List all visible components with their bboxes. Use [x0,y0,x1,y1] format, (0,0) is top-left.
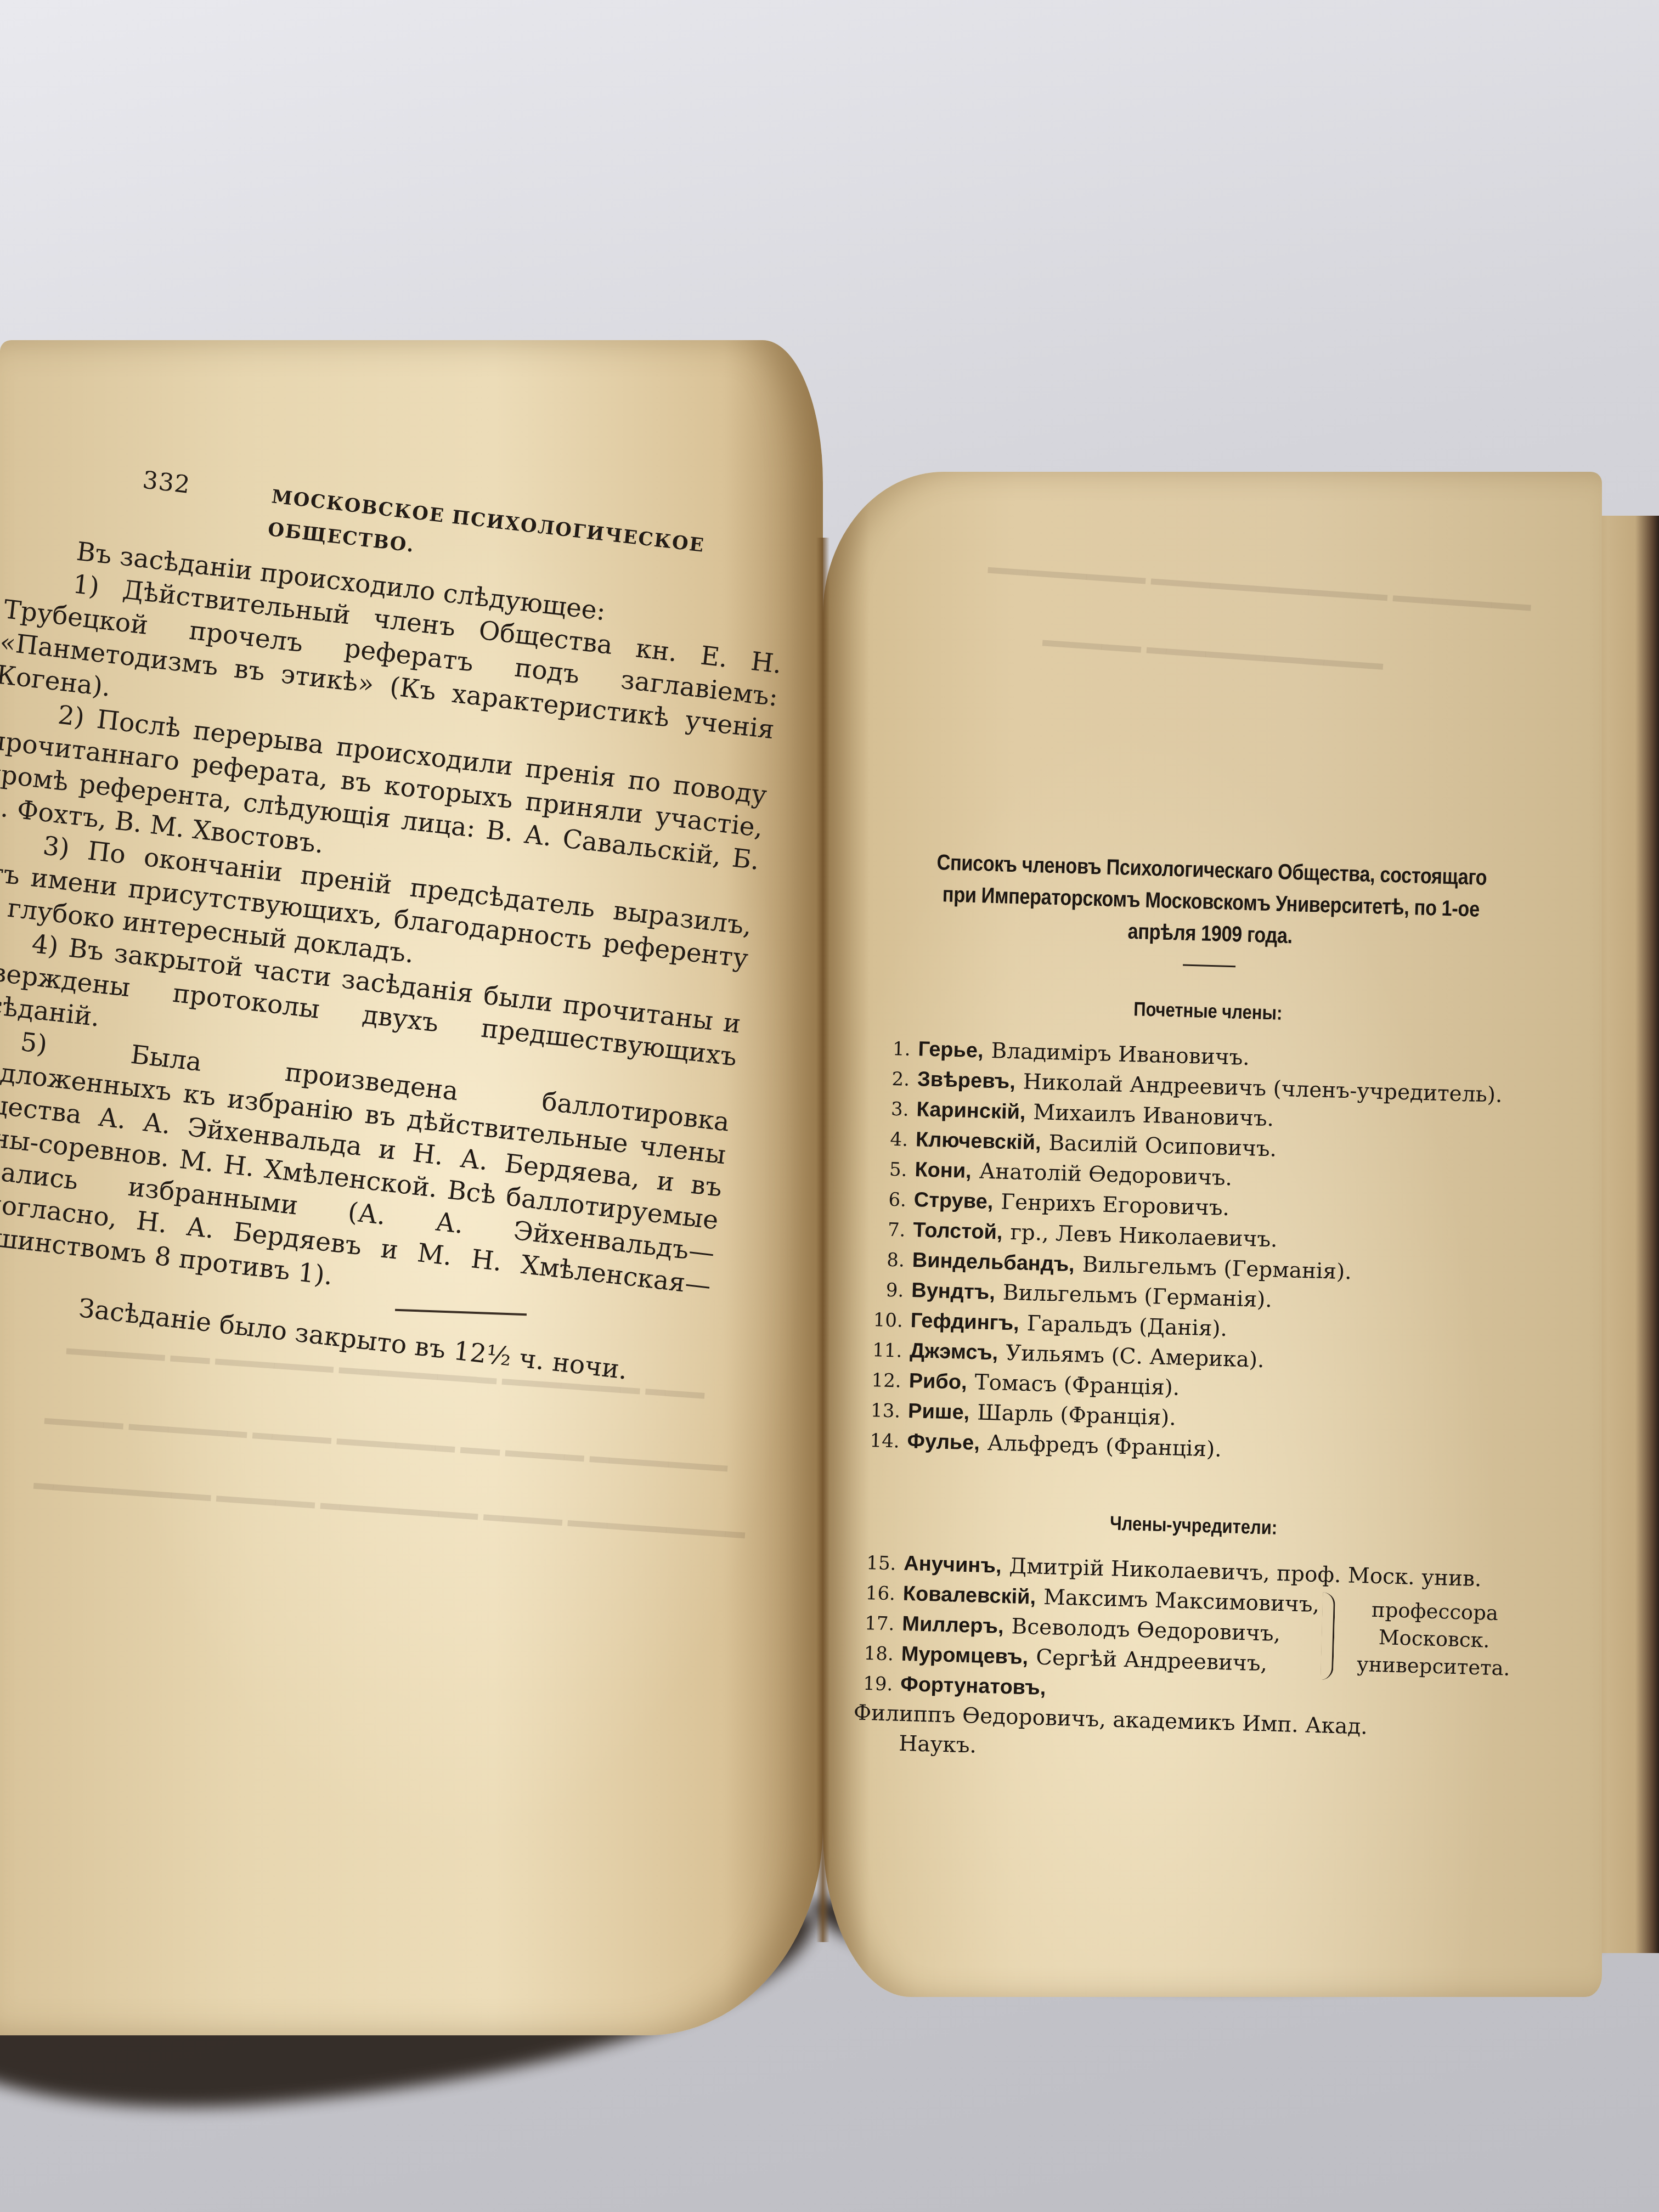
member-number: 19. [854,1668,901,1699]
member-number: 7. [867,1215,913,1245]
honorary-members-heading: Почетные члены: [920,991,1496,1030]
member-number: 2. [871,1064,917,1094]
member-number: 1. [872,1034,918,1064]
title-divider-rule [1183,964,1235,968]
member-surname: Герье, [918,1034,984,1065]
member-surname: Анучинъ, [904,1549,1002,1581]
left-page-text: 332 московское психологическое общество.… [0,450,796,1396]
member-number: 16. [856,1578,903,1609]
member-number: 9. [865,1275,912,1306]
member-number: 6. [867,1184,914,1215]
book-gutter [816,538,830,1942]
founder-members-list: 15.Анучинъ,Дмитрій Николаевичъ, проф. Мо… [853,1548,1527,1776]
brace-note-line: профессора Московск. [1343,1595,1526,1655]
member-surname: Ковалевскій, [902,1579,1036,1612]
member-number: 15. [857,1548,904,1579]
brace-annotation: профессора Московск. университета. [1342,1595,1526,1683]
member-number: 12. [862,1365,909,1396]
founder-members-heading: Члены-учредители: [906,1506,1482,1545]
member-number: 10. [864,1305,911,1336]
member-surname: Вундтъ, [911,1276,996,1307]
member-surname: Миллеръ, [902,1609,1005,1641]
page-number: 332 [141,464,192,501]
member-surname: Фулье, [907,1426,980,1458]
member-surname: Струве, [913,1185,994,1217]
member-number: 13. [861,1396,908,1426]
member-details: Гаральдъ (Данія). [1026,1309,1228,1344]
brace-note-line: университета. [1342,1650,1525,1683]
member-number: 18. [855,1638,901,1669]
member-details: Томасъ (Франція). [974,1368,1180,1403]
member-entry: 19.Фортунатовъ,Филиппъ Өедоровичъ, акаде… [853,1668,1524,1776]
member-surname: Виндельбандъ, [912,1245,1075,1279]
member-surname: Рибо, [909,1366,967,1397]
member-number: 8. [866,1245,912,1276]
member-surname: Гефдингъ, [910,1306,1019,1339]
member-number: 3. [870,1094,917,1125]
member-number: 5. [868,1154,915,1185]
member-surname: Рише, [907,1396,970,1427]
member-number: 4. [869,1124,916,1155]
member-details: Шарль (Франція). [977,1398,1176,1433]
member-surname: Звѣревъ, [917,1064,1015,1097]
member-surname: Толстой, [913,1215,1003,1248]
member-surname: Муромцевъ, [901,1639,1029,1672]
member-number: 14. [861,1426,907,1457]
member-details: Сергѣй Андреевичъ, [1035,1643,1267,1679]
open-book: ▬▬▬ ▬▬▬▬▬▬▬ ▬▬▬▬▬▬▬▬ ▬▬▬▬▬▬ ▬▬ ▬▬▬▬▬ ▬▬▬… [0,0,1659,2212]
member-surname: Кони, [915,1155,972,1186]
member-number: 17. [856,1608,902,1639]
list-title: Списокъ членовъ Психологическаго Обществ… [922,846,1500,957]
member-surname: Фортунатовъ, [900,1669,1047,1703]
grouping-brace [1321,1592,1335,1680]
honorary-members-list: 1.Герье,Владиміръ Ивановичъ. 2.Звѣревъ,Н… [861,1033,1542,1474]
member-surname: Джэмсъ, [910,1336,998,1368]
member-surname: Ключевскій, [915,1125,1041,1158]
member-details: Альфредъ (Франція). [987,1429,1222,1465]
member-number: 11. [864,1335,910,1366]
member-surname: Каринскій, [916,1094,1026,1127]
right-page-text: Списокъ членовъ Психологическаго Обществ… [853,845,1547,1776]
